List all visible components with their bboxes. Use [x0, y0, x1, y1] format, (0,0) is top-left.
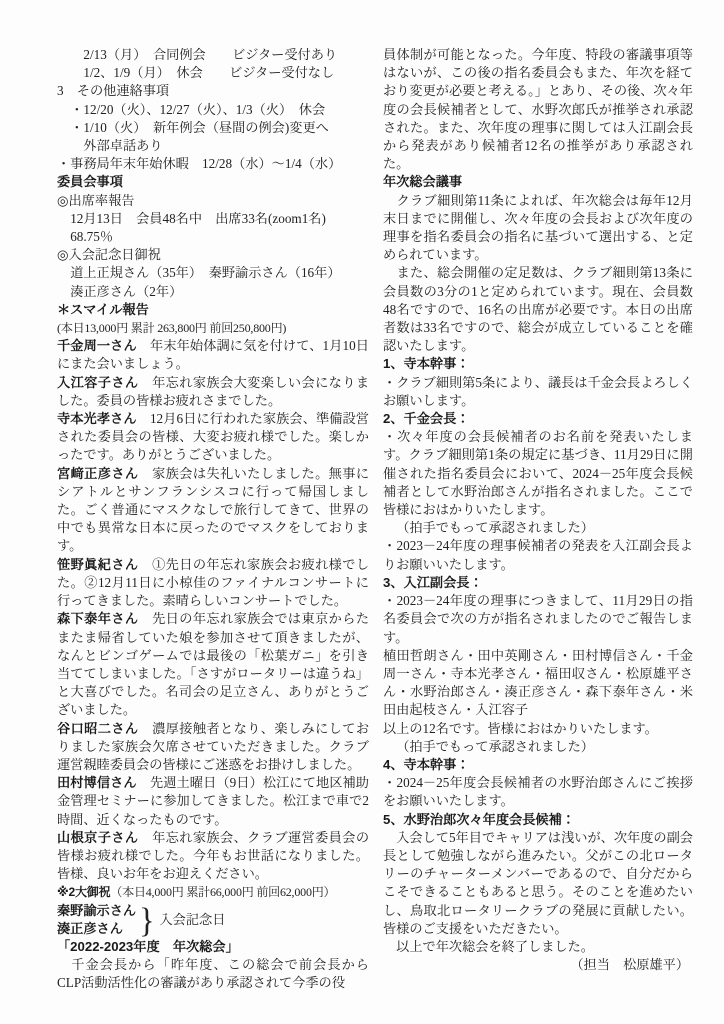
paragraph: 以上で年次総会を終了しました。	[383, 938, 693, 956]
text: 外部卓話あり	[83, 138, 162, 153]
emphasis-text: 宮﨑正彦さん	[57, 466, 139, 481]
text: 植田哲朗さん・田中英剛さん・田村博信さん・千金周一さん・寺本光孝さん・福田収さん…	[383, 648, 693, 718]
paragraph: ・2023－24年度の理事につきまして、11月29日の指名委員会で次の方が指名さ…	[383, 592, 693, 647]
paragraph: クラブ細則第11条によれば、年次総会は毎年12月末日までに開催し、次々年度の会長…	[383, 192, 693, 265]
emphasis-text: 千金周一さん	[57, 338, 137, 353]
paragraph: 68.75％	[57, 228, 369, 246]
text: 員体制が可能となった。今年度、特段の審議事項等はないが、この後の指名委員会もまた…	[383, 47, 693, 171]
emphasis-text: 「2022-2023年度 年次総会」	[57, 939, 239, 954]
right-column: 員体制が可能となった。今年度、特段の審議事項等はないが、この後の指名委員会もまた…	[383, 46, 693, 974]
paragraph: 植田哲朗さん・田中英剛さん・田村博信さん・千金周一さん・寺本光孝さん・福田収さん…	[383, 647, 693, 720]
anniversary-brace-group: 秦野諭示さん湊正彦さん}入会記念日	[57, 902, 369, 938]
member-name-list: 秦野諭示さん湊正彦さん	[57, 902, 136, 938]
section-heading: ＊スマイル報告	[57, 301, 369, 319]
paragraph: ・クラブ細則第5条により、議長は千金会長よろしくお願いします。	[383, 374, 693, 410]
paragraph: ◎出席率報告	[57, 192, 369, 210]
emphasis-text: 5、水野治郎次々年度会長候補：	[383, 812, 575, 827]
text: ・事務局年末年始休暇 12/28（水）～1/4（水）	[57, 156, 341, 171]
emphasis-text: 委員会事項	[57, 174, 123, 189]
text: 以上の12名です。皆様におはかりいたします。	[383, 721, 658, 736]
emphasis-text: 年次総会議事	[383, 174, 462, 189]
text: （拍手でもって承認されました）	[396, 739, 594, 754]
paragraph: (本日13,000円 累計 263,800円 前回250,800円)	[57, 319, 369, 337]
emphasis-text: 2、千金会長：	[383, 411, 469, 426]
paragraph: 湊正彦さん（2年）	[57, 283, 369, 301]
emphasis-text: 田村博信さん	[57, 775, 137, 790]
text: 千金会長から「昨年度、この総会で前会長からCLP活動活性化の審議があり承認されて…	[57, 957, 369, 990]
bulletin-page: 2/13（月） 合同例会 ビジター受付あり1/2、1/9（月） 休会 ビジター受…	[0, 0, 724, 1024]
paragraph: ◎入会記念日御祝	[57, 246, 369, 264]
member-name: 秦野諭示さん	[57, 902, 136, 920]
paragraph: ・1/10（火） 新年例会（昼間の例会)変更へ	[57, 119, 369, 137]
paragraph: 以上の12名です。皆様におはかりいたします。	[383, 720, 693, 738]
paragraph: 外部卓話あり	[57, 137, 369, 155]
paragraph: ・事務局年末年始休暇 12/28（水）～1/4（水）	[57, 155, 369, 173]
emphasis-text: 3、入江副会長：	[383, 575, 483, 590]
text: また、総会開催の定足数は、クラブ細則第13条に会員数の3分の1と定められています…	[383, 265, 693, 353]
text: ・次々年度の会長候補者のお名前を発表いたします。クラブ細則第1条の規定に基づき、…	[383, 429, 693, 517]
paragraph: ・2024－25年度会長候補者の水野治郎さんにご挨拶をお願いいたします。	[383, 774, 693, 810]
paragraph: 田村博信さん 先週土曜日（9日）松江にて地区補助金管理セミナーに参加してきました…	[57, 774, 369, 829]
paragraph: 道上正規さん（35年） 秦野諭示さん（16年）	[57, 264, 369, 282]
text: ・2023－24年度の理事候補者の発表を入江副会長よりお願いいたします。	[383, 538, 693, 571]
text: （担当 松原雄平）	[570, 957, 689, 972]
text: 1/2、1/9（月） 休会 ビジター受付なし	[83, 65, 334, 80]
text: 2/13（月） 合同例会 ビジター受付あり	[83, 47, 337, 62]
text: 3 その他連絡事項	[57, 83, 169, 98]
paragraph: 3 その他連絡事項	[57, 82, 369, 100]
text: 道上正規さん（35年） 秦野諭示さん（16年）	[70, 265, 340, 280]
emphasis-text: 4、寺本幹事：	[383, 757, 469, 772]
paragraph: 千金会長から「昨年度、この総会で前会長からCLP活動活性化の審議があり承認されて…	[57, 956, 369, 992]
emphasis-text: 1、寺本幹事：	[383, 356, 469, 371]
paragraph: 森下泰年さん 先日の年忘れ家族会では東京からたまたま帰省していた娘を参加させて頂…	[57, 610, 369, 719]
paragraph: （拍手でもって承認されました）	[383, 519, 693, 537]
text: 湊正彦さん（2年）	[70, 284, 182, 299]
emphasis-text: 入江容子さん	[57, 375, 139, 390]
section-heading: 4、寺本幹事：	[383, 756, 693, 774]
paragraph: （拍手でもって承認されました）	[383, 738, 693, 756]
text: 先日の年忘れ家族会では東京からたまたま帰省していた娘を参加させて頂きましたが、な…	[57, 611, 369, 717]
text: ◎入会記念日御祝	[57, 247, 161, 262]
paragraph: ※2大御祝（本日4,000円 累計66,000円 前回62,000円）	[57, 883, 369, 901]
left-column: 2/13（月） 合同例会 ビジター受付あり1/2、1/9（月） 休会 ビジター受…	[57, 46, 369, 993]
paragraph: 2/13（月） 合同例会 ビジター受付あり	[57, 46, 369, 64]
emphasis-text: 谷口昭二さん	[57, 721, 139, 736]
text: （本日4,000円 累計66,000円 前回62,000円）	[110, 885, 335, 899]
paragraph: 1/2、1/9（月） 休会 ビジター受付なし	[57, 64, 369, 82]
paragraph: 宮﨑正彦さん 家族会は失礼いたしました。無事にシアトルとサンフランシスコに行って…	[57, 465, 369, 556]
emphasis-text: ※2大御祝	[57, 885, 110, 899]
text: 68.75％	[70, 229, 113, 244]
paragraph: 員体制が可能となった。今年度、特段の審議事項等はないが、この後の指名委員会もまた…	[383, 46, 693, 173]
text: ・2024－25年度会長候補者の水野治郎さんにご挨拶をお願いいたします。	[383, 775, 693, 808]
paragraph: また、総会開催の定足数は、クラブ細則第13条に会員数の3分の1と定められています…	[383, 264, 693, 355]
paragraph: 寺本光孝さん 12月6日に行われた家族会、準備設営された委員会の皆様、大変お疲れ…	[57, 410, 369, 465]
brace-glyph: }	[139, 910, 154, 930]
paragraph: 千金周一さん 年末年始体調に気を付けて、1月10日にまた会いましょう。	[57, 337, 369, 373]
emphasis-text: 山根京子さん	[57, 830, 139, 845]
paragraph: ・次々年度の会長候補者のお名前を発表いたします。クラブ細則第1条の規定に基づき、…	[383, 428, 693, 519]
text: 入会して5年目でキャリアは浅いが、次年度の副会長として勉強しながら進みたい。父が…	[383, 830, 693, 936]
paragraph: 12月13日 会員48名中 出席33名(zoom1名)	[57, 210, 369, 228]
paragraph: （担当 松原雄平）	[383, 956, 693, 974]
emphasis-text: 笹野眞紀さん	[57, 557, 139, 572]
text: (本日13,000円 累計 263,800円 前回250,800円)	[57, 321, 286, 335]
emphasis-text: 森下泰年さん	[57, 611, 139, 626]
paragraph: 山根京子さん 年忘れ家族会、クラブ運営委員会の皆様お疲れ様でした。今年もお世話に…	[57, 829, 369, 884]
text: ・12/20（火）、12/27（火）、1/3（火） 休会	[70, 102, 325, 117]
section-heading: 1、寺本幹事：	[383, 355, 693, 373]
emphasis-text: ＊スマイル報告	[57, 302, 149, 317]
section-heading: 年次総会議事	[383, 173, 693, 191]
member-name: 湊正彦さん	[57, 920, 136, 938]
text: 12月13日 会員48名中 出席33名(zoom1名)	[70, 211, 326, 226]
text: 以上で年次総会を終了しました。	[383, 939, 594, 954]
paragraph: 笹野眞紀さん ①先日の年忘れ家族会お疲れ様でした。②12月11日に小椋佳のファイ…	[57, 556, 369, 611]
section-heading: 「2022-2023年度 年次総会」	[57, 938, 369, 956]
text: ・クラブ細則第5条により、議長は千金会長よろしくお願いします。	[383, 375, 693, 408]
section-heading: 5、水野治郎次々年度会長候補：	[383, 811, 693, 829]
text: ◎出席率報告	[57, 193, 134, 208]
emphasis-text: 寺本光孝さん	[57, 411, 137, 426]
brace-label: 入会記念日	[159, 911, 225, 929]
paragraph: 谷口昭二さん 濃厚接触者となり、楽しみにしておりました家族会欠席させていただきま…	[57, 720, 369, 775]
paragraph: ・12/20（火）、12/27（火）、1/3（火） 休会	[57, 101, 369, 119]
paragraph: 入江容子さん 年忘れ家族会大変楽しい会になりました。委員の皆様お疲れさまでした。	[57, 374, 369, 410]
section-heading: 2、千金会長：	[383, 410, 693, 428]
text: ・2023－24年度の理事につきまして、11月29日の指名委員会で次の方が指名さ…	[383, 593, 693, 644]
section-heading: 3、入江副会長：	[383, 574, 693, 592]
section-heading: 委員会事項	[57, 173, 369, 191]
paragraph: ・2023－24年度の理事候補者の発表を入江副会長よりお願いいたします。	[383, 537, 693, 573]
text: （拍手でもって承認されました）	[396, 520, 594, 535]
paragraph: 入会して5年目でキャリアは浅いが、次年度の副会長として勉強しながら進みたい。父が…	[383, 829, 693, 938]
text: クラブ細則第11条によれば、年次総会は毎年12月末日までに開催し、次々年度の会長…	[383, 193, 693, 263]
text: ・1/10（火） 新年例会（昼間の例会)変更へ	[70, 120, 329, 135]
